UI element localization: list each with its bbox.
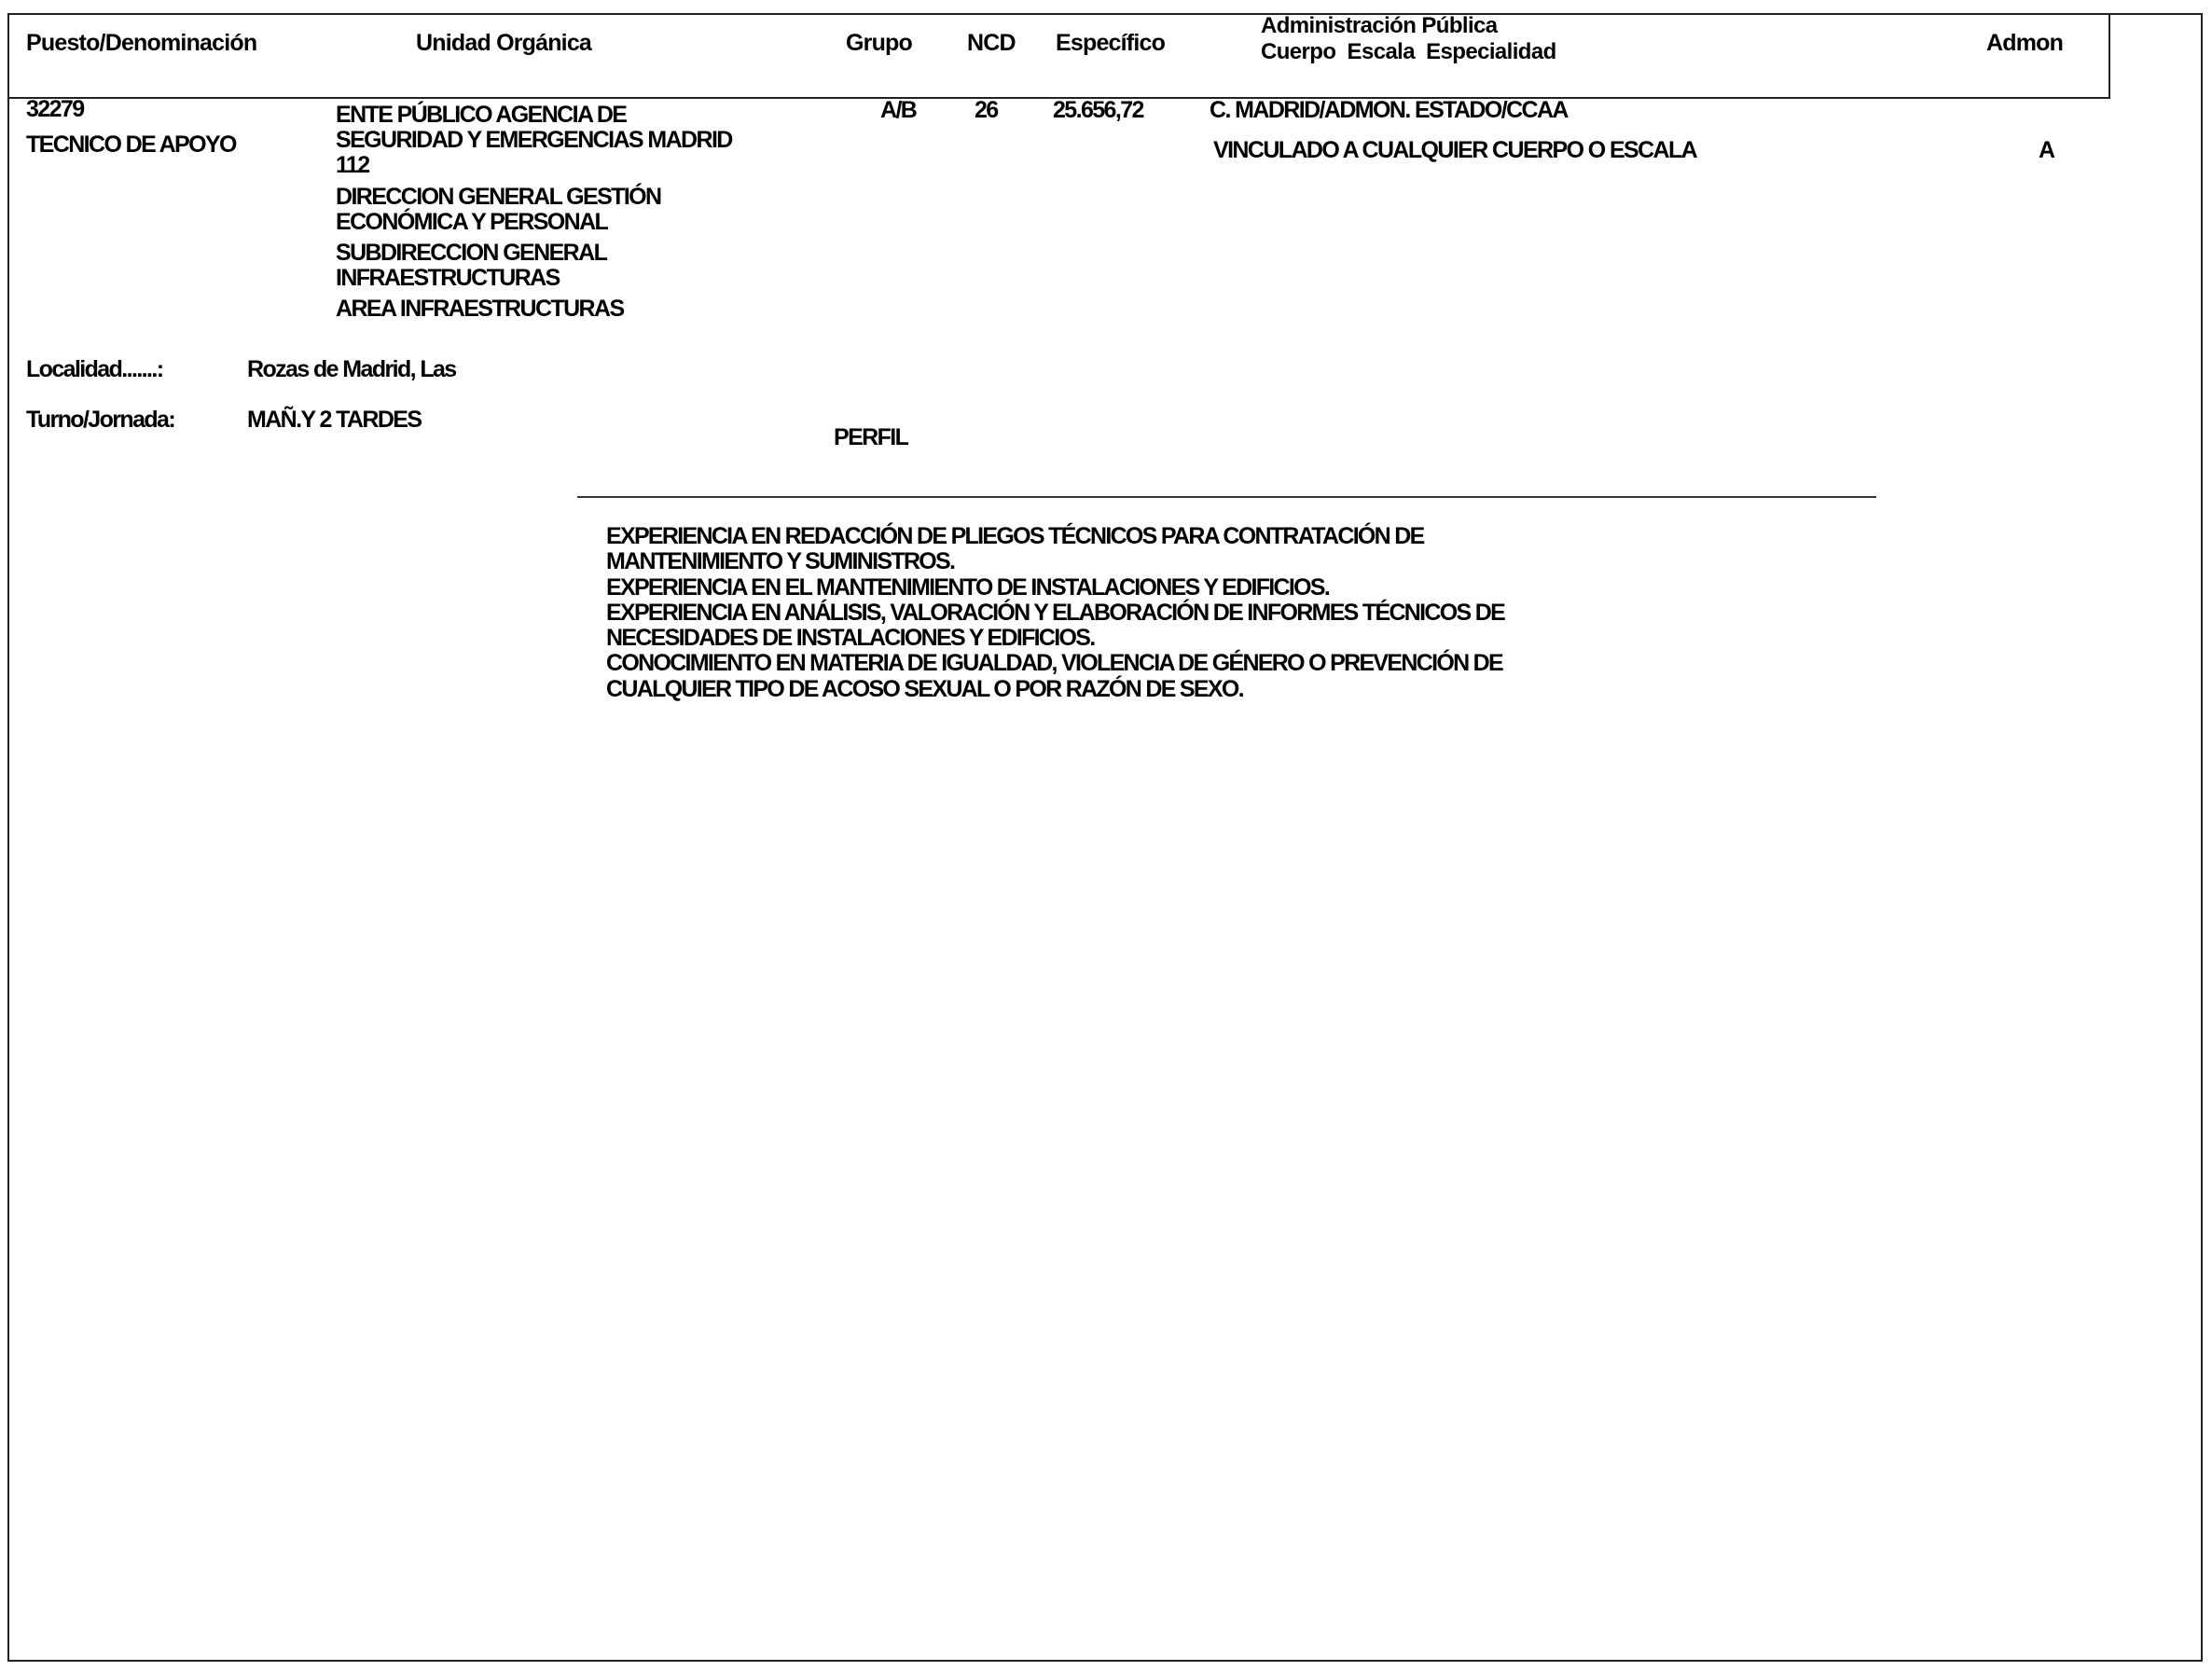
header-unidad: Unidad Orgánica <box>416 31 591 56</box>
header-cuerpo-escala: Cuerpo Escala Especialidad <box>1261 41 1556 63</box>
unidad-organica-2: DIRECCION GENERAL GESTIÓN ECONÓMICA Y PE… <box>336 185 660 235</box>
localidad-label: Localidad.......: <box>26 357 162 382</box>
header-admon: Admon <box>1986 31 2063 56</box>
unidad-organica-4: AREA INFRAESTRUCTURAS <box>336 297 624 322</box>
grupo-value: A/B <box>880 98 916 123</box>
puesto-codigo: 32279 <box>26 97 84 122</box>
cuerpo-value: VINCULADO A CUALQUIER CUERPO O ESCALA <box>1213 138 1696 163</box>
header-puesto: Puesto/Denominación <box>26 31 256 56</box>
administracion-value: C. MADRID/ADMON. ESTADO/CCAA <box>1210 98 1568 123</box>
turno-value: MAÑ.Y 2 TARDES <box>247 407 421 433</box>
unidad-organica-1: ENTE PÚBLICO AGENCIA DE SEGURIDAD Y EMER… <box>336 103 732 178</box>
table-header <box>7 13 2110 99</box>
ncd-value: 26 <box>975 98 998 123</box>
admon-value: A <box>2039 138 2053 163</box>
header-ncd: NCD <box>967 31 1016 56</box>
perfil-divider <box>577 496 1876 498</box>
especifico-value: 25.656,72 <box>1053 98 1143 123</box>
unidad-organica-3: SUBDIRECCION GENERAL INFRAESTRUCTURAS <box>336 241 606 291</box>
puesto-denominacion: TECNICO DE APOYO <box>26 132 236 158</box>
perfil-text: EXPERIENCIA EN REDACCIÓN DE PLIEGOS TÉCN… <box>606 524 1504 702</box>
header-grupo: Grupo <box>846 31 912 56</box>
perfil-title: PERFIL <box>834 425 907 450</box>
header-admin-publica: Administración Pública <box>1261 15 1498 37</box>
turno-label: Turno/Jornada: <box>26 407 174 433</box>
localidad-value: Rozas de Madrid, Las <box>247 357 456 382</box>
header-especifico: Específico <box>1056 31 1165 56</box>
